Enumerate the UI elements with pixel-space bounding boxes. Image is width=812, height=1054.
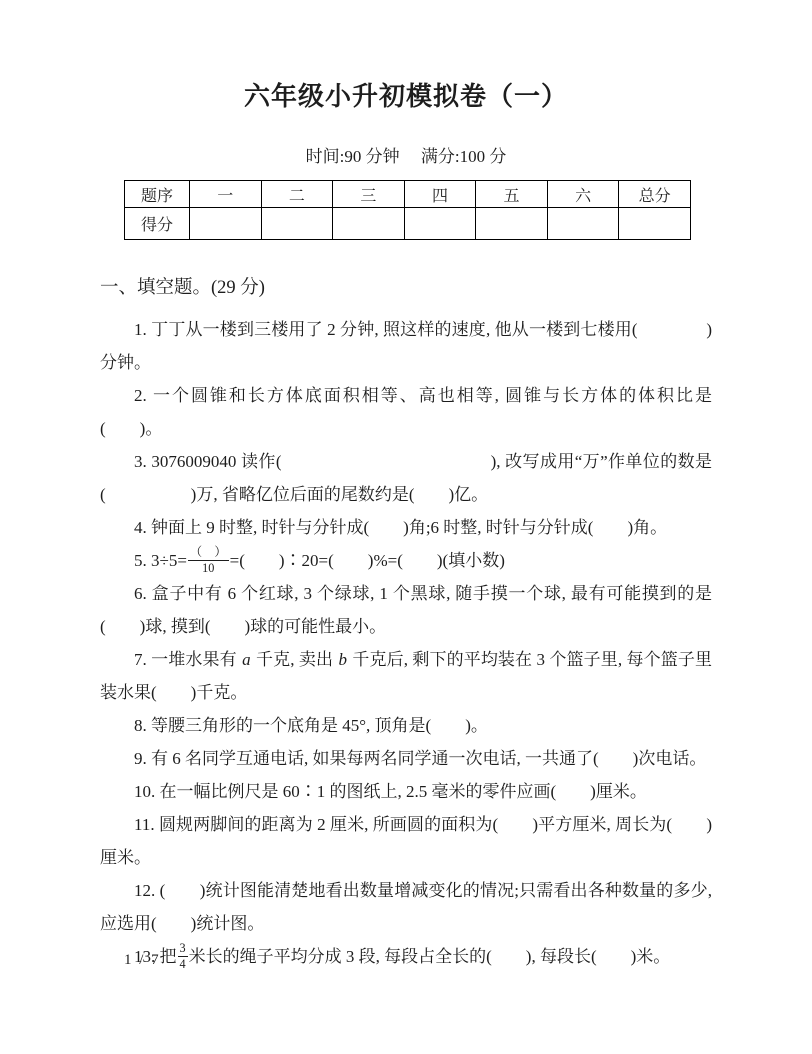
fraction: （ ）10 [188,546,229,575]
score-table-header-cell: 总分 [619,181,691,208]
score-cell [547,208,619,240]
score-table-header-cell: 五 [476,181,548,208]
score-table-header-row: 题序一二三四五六总分 [125,181,691,208]
question-1: 1. 丁丁从一楼到三楼用了 2 分钟, 照这样的速度, 他从一楼到七楼用( )分… [100,313,712,379]
exam-paper: 六年级小升初模拟卷（一） 时间:90 分钟 满分:100 分 题序一二三四五六总… [0,0,812,1054]
question-11: 11. 圆规两脚间的距离为 2 厘米, 所画圆的面积为( )平方厘米, 周长为(… [100,808,712,874]
question-2: 2. 一个圆锥和长方体底面积相等、高也相等, 圆锥与长方体的体积比是( )。 [100,379,712,445]
score-table-body: 题序一二三四五六总分 得分 [125,181,691,240]
question-4: 4. 钟面上 9 时整, 时针与分针成( )角;6 时整, 时针与分针成( )角… [100,511,712,544]
question-list: 1. 丁丁从一楼到三楼用了 2 分钟, 照这样的速度, 他从一楼到七楼用( )分… [100,313,712,973]
page-title: 六年级小升初模拟卷（一） [100,80,712,112]
question-13: 13. 把34米长的绳子平均分成 3 段, 每段占全长的( ), 每段长( )米… [100,940,712,973]
question-6: 6. 盒子中有 6 个红球, 3 个绿球, 1 个黑球, 随手摸一个球, 最有可… [100,577,712,643]
score-table-header-cell: 一 [190,181,262,208]
exam-meta: 时间:90 分钟 满分:100 分 [100,146,712,168]
question-10: 10. 在一幅比例尺是 60∶1 的图纸上, 2.5 毫米的零件应画( )厘米。 [100,775,712,808]
question-3: 3. 3076009040 读作( ), 改写成用“万”作单位的数是( )万, … [100,445,712,511]
score-cell [333,208,405,240]
fraction-denominator: 10 [188,560,229,575]
score-cell [476,208,548,240]
score-table-header-cell: 六 [547,181,619,208]
question-9: 9. 有 6 名同学互通电话, 如果每两名同学通一次电话, 一共通了( )次电话… [100,742,712,775]
question-12: 12. ( )统计图能清楚地看出数量增减变化的情况;只需看出各种数量的多少, 应… [100,874,712,940]
fraction: 34 [178,942,188,971]
score-cell [404,208,476,240]
score-table-header-cell: 三 [333,181,405,208]
variable: a [241,650,252,669]
variable: b [337,650,348,669]
question-7: 7. 一堆水果有 a 千克, 卖出 b 千克后, 剩下的平均装在 3 个篮子里,… [100,643,712,709]
fraction-denominator: 4 [178,956,188,971]
score-cell [190,208,262,240]
score-row-label: 得分 [125,208,190,240]
section-heading: 一、填空题。(29 分) [100,276,712,301]
score-table: 题序一二三四五六总分 得分 [124,180,691,240]
score-table-header-cell: 四 [404,181,476,208]
score-cell [619,208,691,240]
score-table-score-row: 得分 [125,208,691,240]
question-8: 8. 等腰三角形的一个底角是 45°, 顶角是( )。 [100,709,712,742]
fraction-numerator: （ ） [188,546,229,560]
score-cell [261,208,333,240]
score-table-header-cell: 题序 [125,181,190,208]
score-table-header-cell: 二 [261,181,333,208]
fraction-numerator: 3 [178,942,188,956]
page-number: 1 / 7 [124,952,161,969]
question-5: 5. 3÷5=（ ）10=( )∶20=( )%=( )(填小数) [100,544,712,577]
